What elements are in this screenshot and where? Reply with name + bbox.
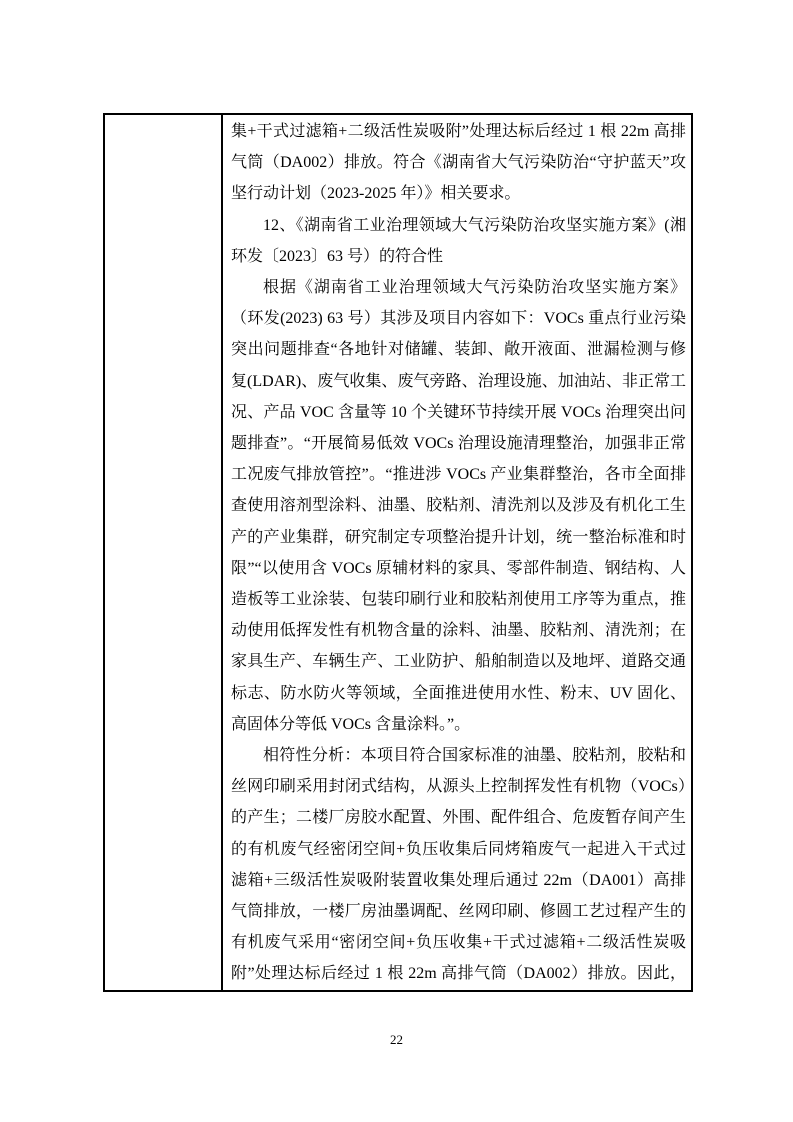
paragraph-compliance-analysis: 相符性分析：本项目符合国家标准的油墨、胶粘剂，胶粘和丝网印刷采用封闭式结构，从源… xyxy=(231,740,686,990)
paragraph-policy-content: 根据《湖南省工业治理领域大气污染防治攻坚实施方案》（环发(2023) 63 号）… xyxy=(231,272,686,740)
paragraph-emission-continuation: 集+干式过滤箱+二级活性炭吸附”处理达标后经过 1 根 22m 高排气筒（DA0… xyxy=(231,116,686,210)
compliance-table: 集+干式过滤箱+二级活性炭吸附”处理达标后经过 1 根 22m 高排气筒（DA0… xyxy=(103,113,693,992)
page-number: 22 xyxy=(0,1032,793,1048)
document-page: 集+干式过滤箱+二级活性炭吸附”处理达标后经过 1 根 22m 高排气筒（DA0… xyxy=(0,0,793,1122)
table-right-cell: 集+干式过滤箱+二级活性炭吸附”处理达标后经过 1 根 22m 高排气筒（DA0… xyxy=(223,115,691,990)
paragraph-heading-item-12: 12、《湖南省工业治理领域大气污染防治攻坚实施方案》(湘环发〔2023〕63 号… xyxy=(231,210,686,272)
table-left-cell xyxy=(105,115,223,990)
